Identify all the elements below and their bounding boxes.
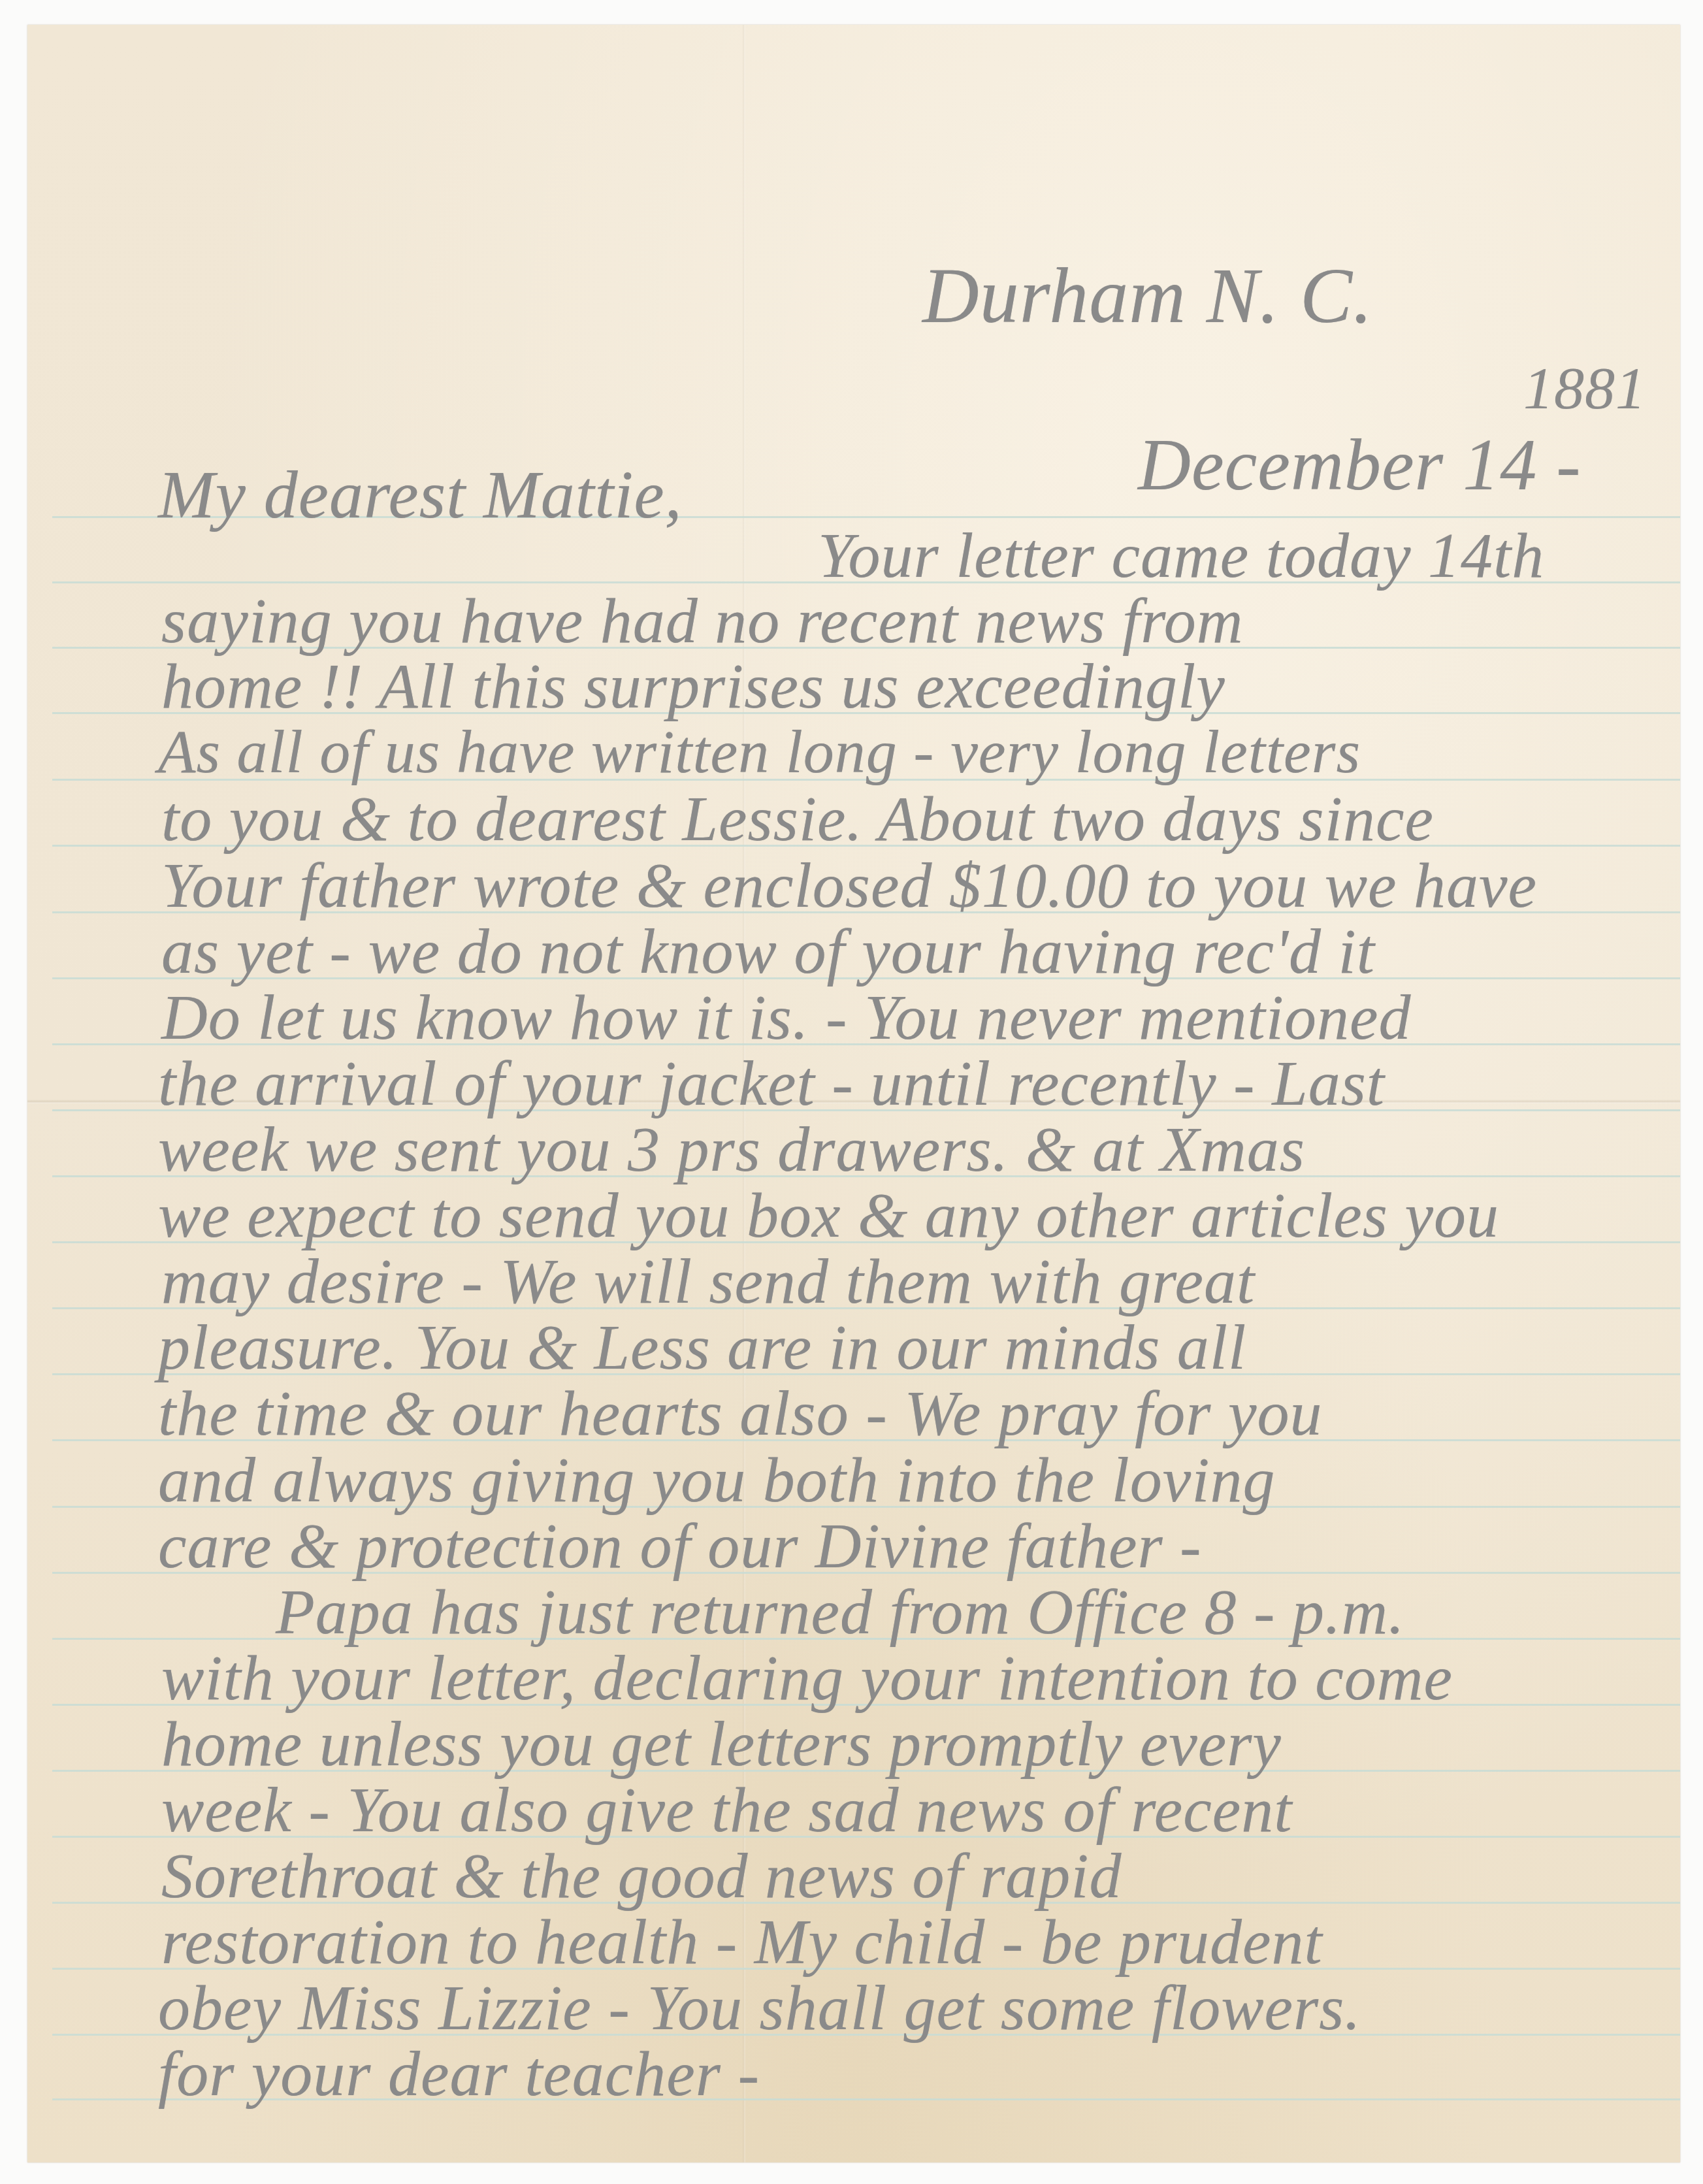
letter-line: As all of us have written long - very lo… — [158, 721, 1361, 783]
letter-line: the time & our hearts also - We pray for… — [158, 1382, 1322, 1446]
letter-year: 1881 — [1523, 358, 1646, 418]
letter-line: Do let us know how it is. - You never me… — [161, 986, 1411, 1050]
letter-page: Durham N. C. 1881 December 14 - My deare… — [27, 25, 1680, 2162]
letter-line: week - You also give the sad news of rec… — [161, 1778, 1292, 1842]
letter-line: and always giving you both into the lovi… — [158, 1448, 1276, 1512]
letter-line: with your letter, declaring your intenti… — [161, 1646, 1453, 1710]
letter-line: for your dear teacher - — [158, 2042, 760, 2106]
letter-line: we expect to send you box & any other ar… — [158, 1184, 1499, 1248]
letter-line: home !! All this surprises us exceedingl… — [161, 655, 1225, 719]
letter-line: may desire - We will send them with grea… — [161, 1250, 1255, 1314]
letter-line: care & protection of our Divine father - — [158, 1514, 1202, 1578]
salutation: My dearest Mattie, — [158, 461, 683, 529]
letter-line: pleasure. You & Less are in our minds al… — [158, 1316, 1246, 1380]
letter-line: the arrival of your jacket - until recen… — [158, 1052, 1385, 1116]
letter-line: obey Miss Lizzie - You shall get some fl… — [158, 1976, 1361, 2040]
letter-line: week we sent you 3 prs drawers. & at Xma… — [158, 1118, 1305, 1182]
letter-line: Papa has just returned from Office 8 - p… — [276, 1580, 1405, 1644]
letter-line: to you & to dearest Lessie. About two da… — [161, 787, 1434, 851]
letter-line: restoration to health - My child - be pr… — [161, 1910, 1323, 1974]
letter-line: Your father wrote & enclosed $10.00 to y… — [161, 854, 1537, 918]
letter-line: Sorethroat & the good news of rapid — [161, 1844, 1122, 1908]
letter-line: as yet - we do not know of your having r… — [161, 920, 1375, 984]
letter-date: December 14 - — [1138, 429, 1581, 502]
letter-line: Your letter came today 14th — [818, 524, 1544, 588]
letter-place: Durham N. C. — [922, 257, 1373, 335]
letter-line: saying you have had no recent news from — [161, 589, 1244, 653]
letter-line: home unless you get letters promptly eve… — [161, 1712, 1282, 1776]
